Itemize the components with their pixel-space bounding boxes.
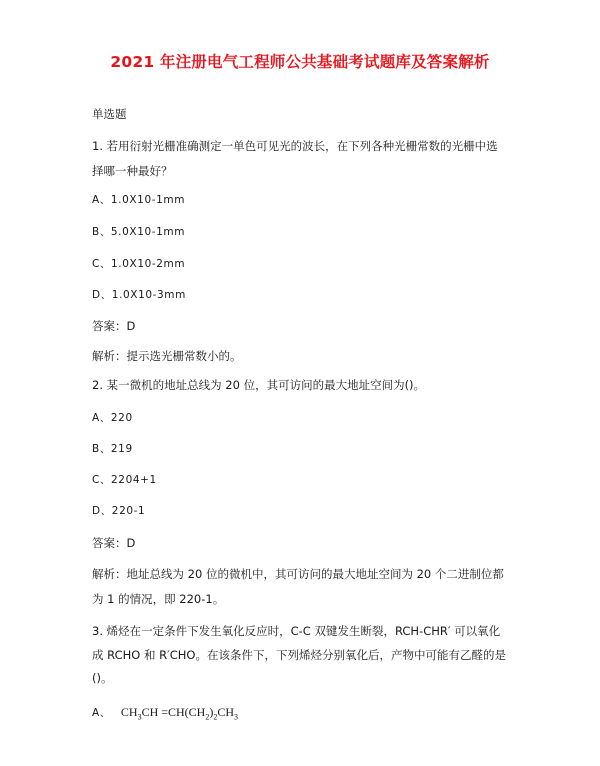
q3-stem-line2: 成 RCHO 和 R′CHO。在该条件下，下列烯烃分别氧化后，产物中可能有乙醛的… [92, 647, 506, 663]
section-heading: 单选题 [92, 106, 127, 122]
q1-stem-line2: 择哪一种最好？ [92, 163, 173, 179]
q3-option-a: A、CH3CH =CH(CH2)2CH3 [92, 705, 238, 721]
q1-stem-line1: 1. 若用衍射光栅准确测定一单色可见光的波长，在下列各种光栅常数的光栅中选 [92, 138, 498, 154]
q2-option-d: D、220-1 [92, 503, 145, 518]
q2-answer: 答案：D [92, 535, 135, 551]
q3-option-a-label: A、 [92, 707, 111, 719]
q2-option-c: C、2204+1 [92, 472, 157, 487]
q1-option-a: A、1.0X10-1mm [92, 192, 185, 207]
q3-stem-line1: 3. 烯烃在一定条件下发生氧化反应时，C-C 双键发生断裂，RCH-CHR′ 可… [92, 623, 500, 639]
q2-analysis-line2: 为 1 的情况，即 220-1。 [92, 591, 224, 607]
q1-option-c: C、1.0X10-2mm [92, 256, 185, 271]
q1-option-d: D、1.0X10-3mm [92, 287, 186, 302]
q2-option-b: B、219 [92, 441, 133, 456]
q3-option-a-formula: CH3CH =CH(CH2)2CH3 [121, 705, 238, 719]
q1-option-b: B、5.0X10-1mm [92, 224, 185, 239]
document-title: 2021 年注册电气工程师公共基础考试题库及答案解析 [0, 50, 600, 72]
q1-analysis: 解析：提示选光栅常数小的。 [92, 348, 242, 364]
q2-stem: 2. 某一微机的地址总线为 20 位，其可访问的最大地址空间为()。 [92, 377, 425, 393]
q1-answer: 答案：D [92, 318, 135, 334]
q2-analysis-line1: 解析：地址总线为 20 位的微机中，其可访问的最大地址空间为 20 个二进制位都 [92, 566, 504, 582]
q3-stem-line3: ()。 [92, 670, 112, 686]
q2-option-a: A、220 [92, 410, 133, 425]
